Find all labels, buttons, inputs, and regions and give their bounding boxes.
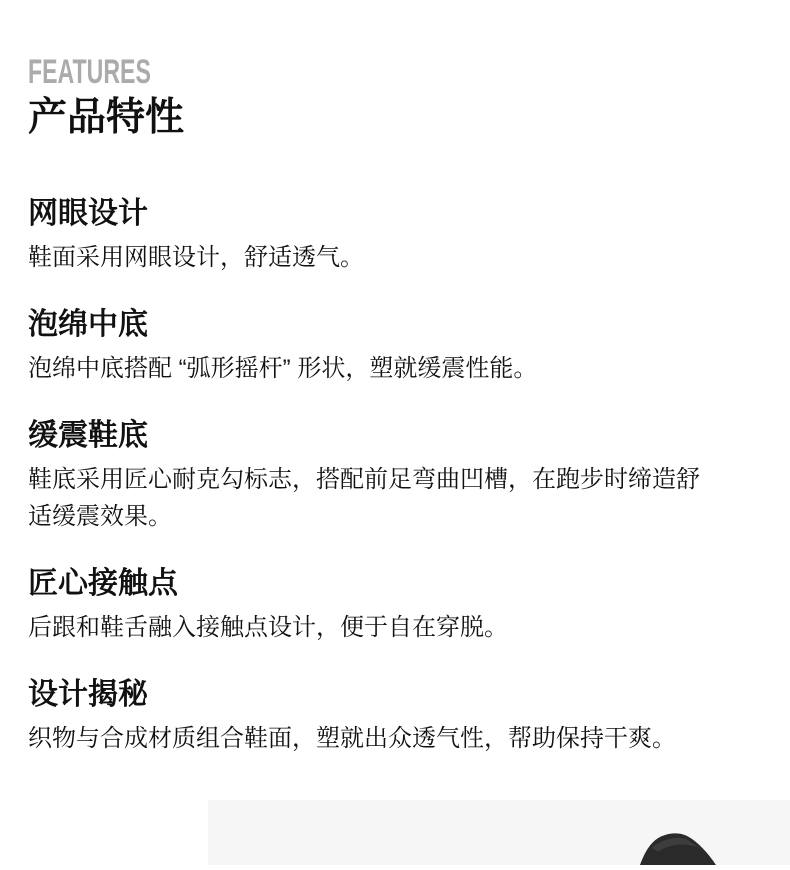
feature-heading: 网眼设计 [28, 197, 762, 231]
page-title: 产品特性 [28, 95, 762, 142]
features-eyebrow-text: FEATURES [28, 55, 151, 89]
feature-body: 织物与合成材质组合鞋面，塑就出众透气性，帮助保持干爽。 [28, 720, 720, 757]
product-image [208, 800, 790, 865]
feature-heading: 设计揭秘 [28, 678, 762, 712]
features-content: FEATURES 产品特性 网眼设计 鞋面采用网眼设计，舒适透气。 泡绵中底 泡… [0, 0, 790, 757]
shoe-photo-fragment [208, 800, 790, 865]
feature-section-contact-points: 匠心接触点 后跟和鞋舌融入接触点设计，便于自在穿脱。 [28, 567, 762, 646]
features-eyebrow: FEATURES [28, 0, 762, 89]
feature-body: 泡绵中底搭配 “弧形摇杆” 形状，塑就缓震性能。 [28, 350, 720, 387]
feature-heading: 缓震鞋底 [28, 419, 762, 453]
feature-heading: 匠心接触点 [28, 567, 762, 601]
feature-section-design-reveal: 设计揭秘 织物与合成材质组合鞋面，塑就出众透气性，帮助保持干爽。 [28, 678, 762, 757]
feature-body: 鞋底采用匠心耐克勾标志，搭配前足弯曲凹槽，在跑步时缔造舒适缓震效果。 [28, 461, 720, 535]
feature-body: 后跟和鞋舌融入接触点设计，便于自在穿脱。 [28, 609, 720, 646]
feature-body: 鞋面采用网眼设计，舒适透气。 [28, 239, 720, 276]
feature-section-mesh: 网眼设计 鞋面采用网眼设计，舒适透气。 [28, 197, 762, 276]
feature-section-foam-midsole: 泡绵中底 泡绵中底搭配 “弧形摇杆” 形状，塑就缓震性能。 [28, 308, 762, 387]
feature-section-cushion-outsole: 缓震鞋底 鞋底采用匠心耐克勾标志，搭配前足弯曲凹槽，在跑步时缔造舒适缓震效果。 [28, 419, 762, 535]
feature-heading: 泡绵中底 [28, 308, 762, 342]
